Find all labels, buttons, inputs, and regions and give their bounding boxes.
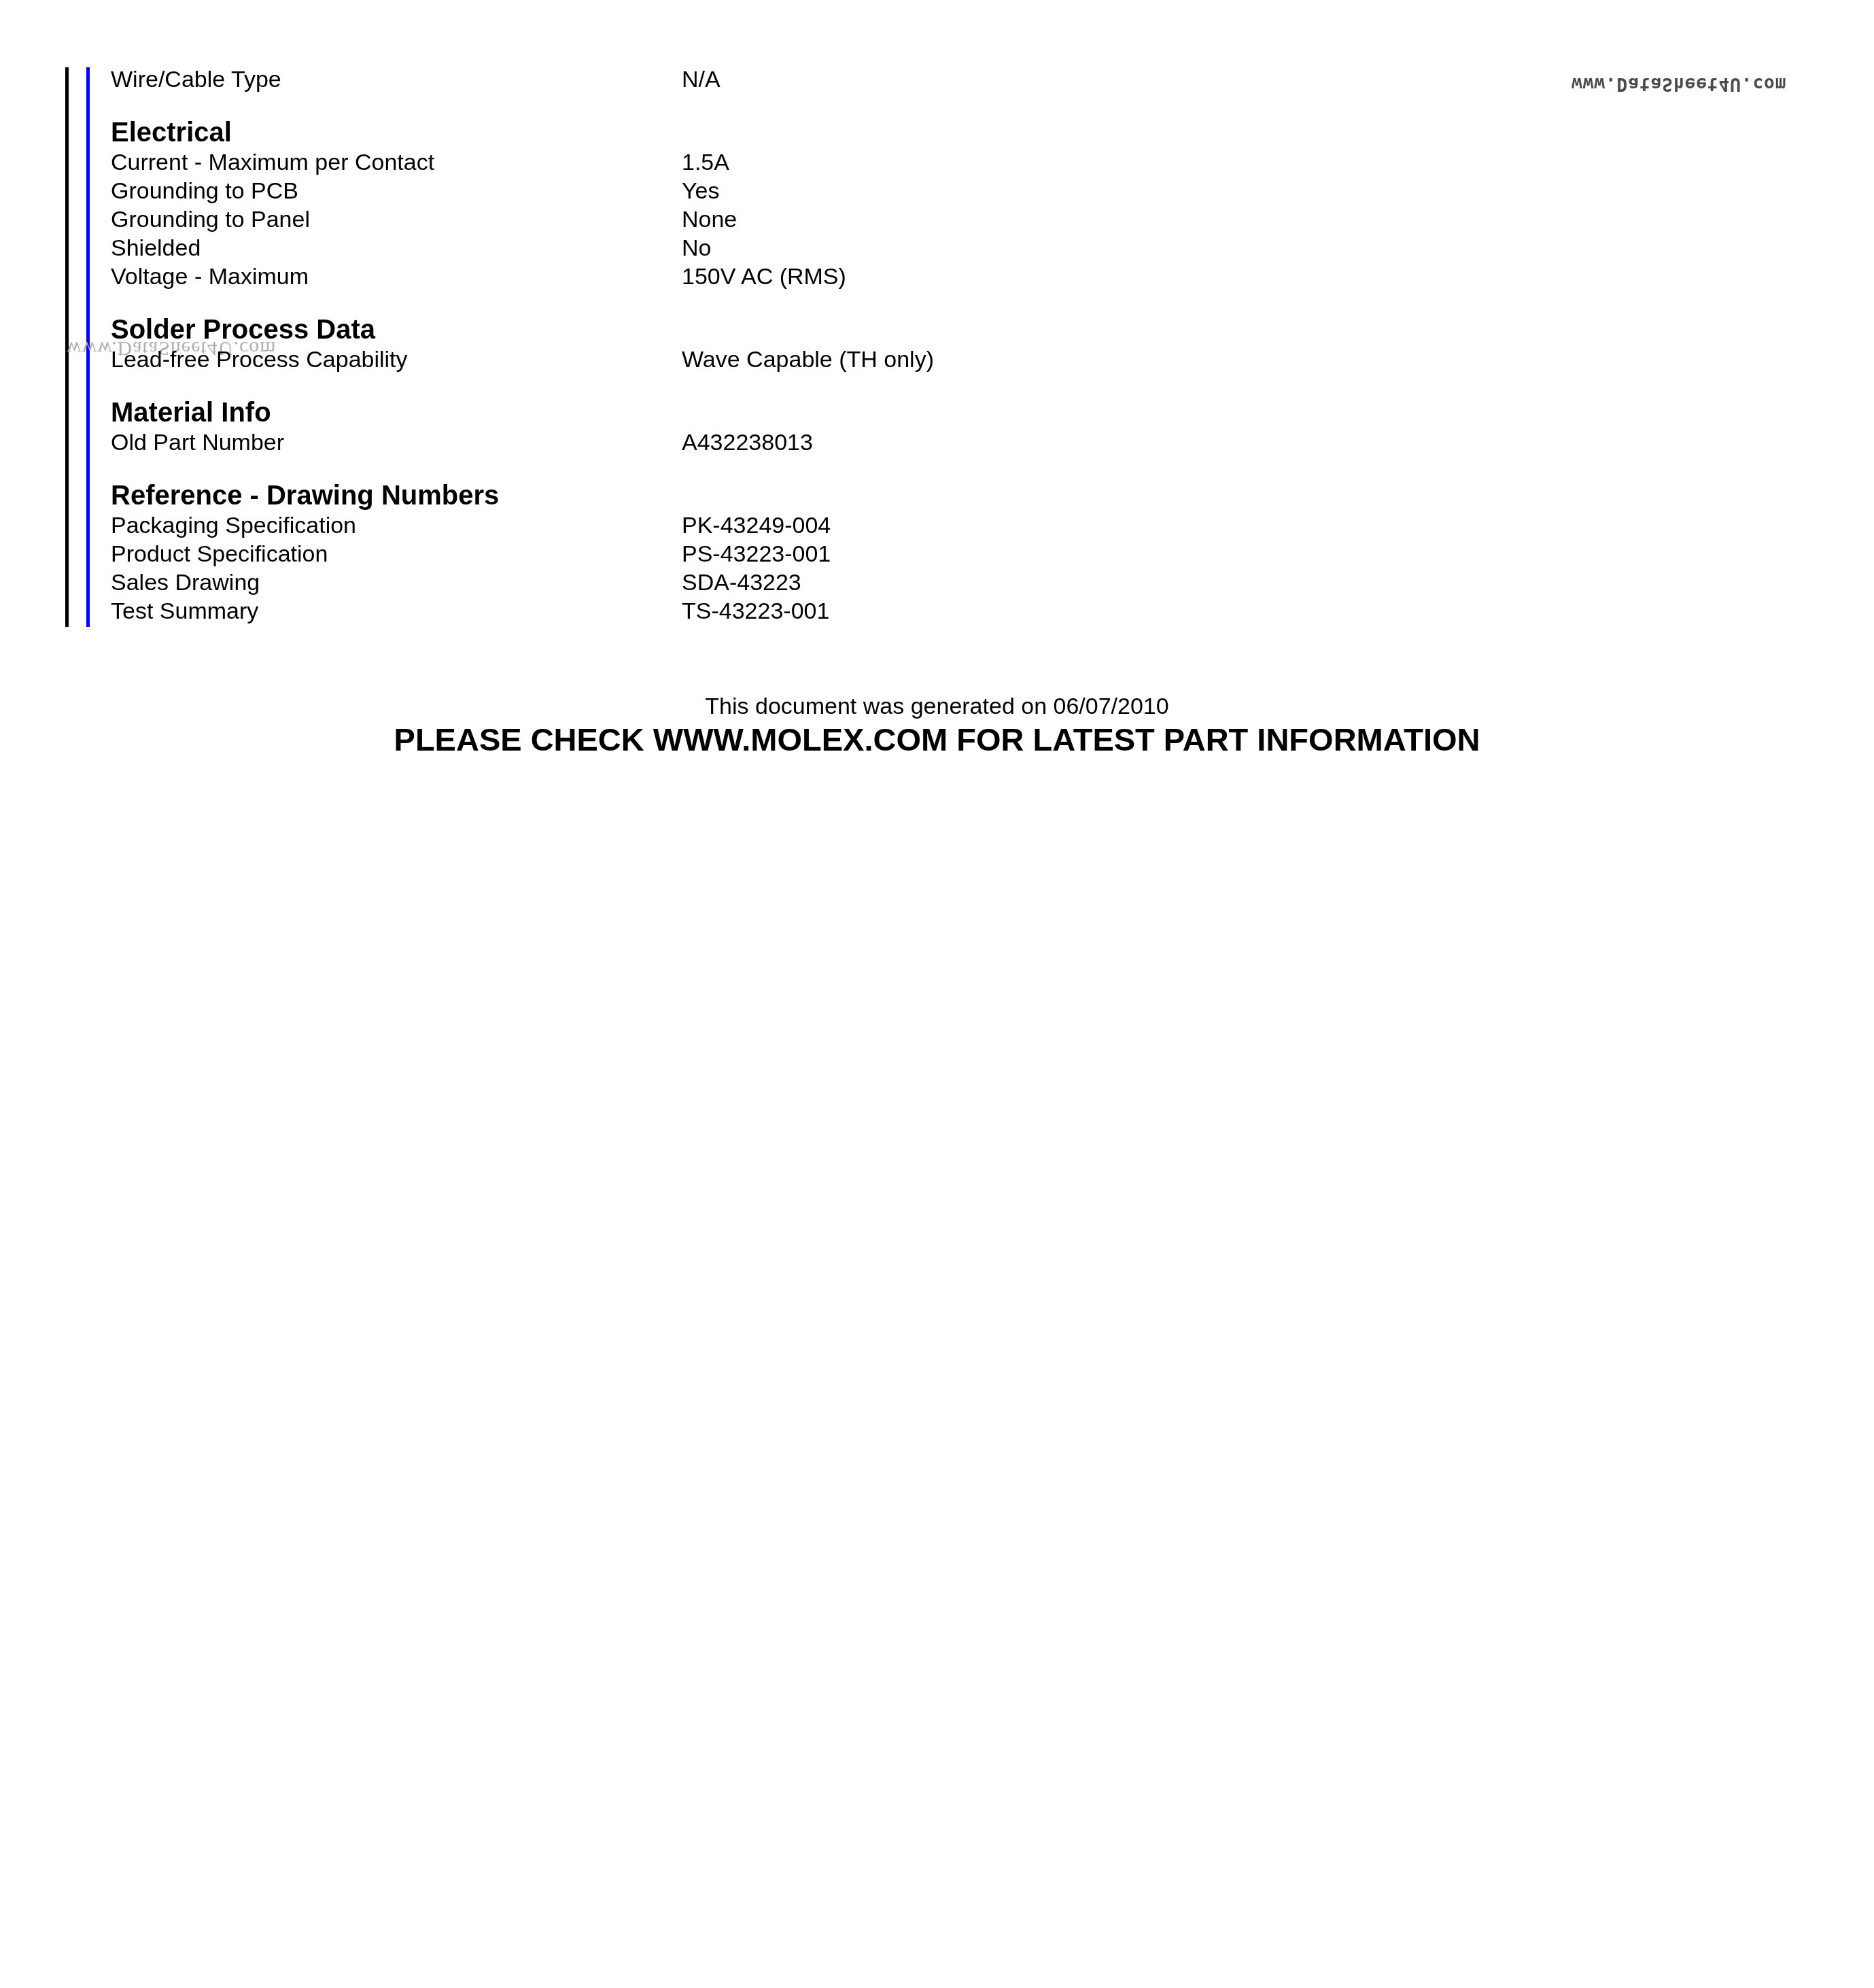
- section-electrical: Electrical Current - Maximum per Contact…: [111, 117, 1130, 291]
- spec-row: Wire/Cable Type N/A: [111, 65, 1130, 94]
- spec-label: Packaging Specification: [111, 511, 682, 540]
- spec-value: Wave Capable (TH only): [682, 345, 934, 374]
- spec-label: Test Summary: [111, 597, 682, 625]
- spec-row: Grounding to PCB Yes: [111, 177, 1130, 205]
- spec-sheet: Wire/Cable Type N/A Electrical Current -…: [111, 65, 1130, 625]
- spec-row: Grounding to Panel None: [111, 205, 1130, 234]
- generated-date-text: This document was generated on 06/07/201…: [0, 692, 1874, 721]
- section-solder-process: Solder Process Data Lead-free Process Ca…: [111, 314, 1130, 374]
- spec-value: None: [682, 205, 737, 234]
- spec-label: Sales Drawing: [111, 568, 682, 597]
- spec-label: Wire/Cable Type: [111, 65, 682, 94]
- spec-label: Lead-free Process Capability: [111, 345, 682, 374]
- spec-row: Test Summary TS-43223-001: [111, 597, 1130, 625]
- spec-value: Yes: [682, 177, 719, 205]
- spec-value: A432238013: [682, 428, 813, 457]
- spec-row: Current - Maximum per Contact 1.5A: [111, 148, 1130, 177]
- spec-value: PS-43223-001: [682, 540, 831, 568]
- section-heading: Material Info: [111, 397, 1130, 428]
- latest-info-notice: PLEASE CHECK WWW.MOLEX.COM FOR LATEST PA…: [0, 721, 1874, 759]
- spec-value: No: [682, 234, 711, 262]
- spec-row: Shielded No: [111, 234, 1130, 262]
- section-reference-drawings: Reference - Drawing Numbers Packaging Sp…: [111, 480, 1130, 625]
- spec-value: 1.5A: [682, 148, 729, 177]
- section-heading: Reference - Drawing Numbers: [111, 480, 1130, 511]
- section-heading: Electrical: [111, 117, 1130, 148]
- spec-label: Grounding to Panel: [111, 205, 682, 234]
- section-material-info: Material Info Old Part Number A432238013: [111, 397, 1130, 457]
- spec-value: 150V AC (RMS): [682, 262, 846, 291]
- spec-label: Product Specification: [111, 540, 682, 568]
- spec-label: Old Part Number: [111, 428, 682, 457]
- spec-value: TS-43223-001: [682, 597, 829, 625]
- section-wire-cable: Wire/Cable Type N/A: [111, 65, 1130, 94]
- spec-row: Product Specification PS-43223-001: [111, 540, 1130, 568]
- section-heading: Solder Process Data: [111, 314, 1130, 345]
- spec-label: Current - Maximum per Contact: [111, 148, 682, 177]
- spec-row: Lead-free Process Capability Wave Capabl…: [111, 345, 1130, 374]
- spec-label: Shielded: [111, 234, 682, 262]
- watermark-top-right: www.DataSheet4U.com: [1572, 73, 1786, 94]
- spec-row: Packaging Specification PK-43249-004: [111, 511, 1130, 540]
- spec-value: PK-43249-004: [682, 511, 831, 540]
- spec-row: Voltage - Maximum 150V AC (RMS): [111, 262, 1130, 291]
- spec-value: SDA-43223: [682, 568, 801, 597]
- spec-value: N/A: [682, 65, 721, 94]
- spec-row: Old Part Number A432238013: [111, 428, 1130, 457]
- spec-row: Sales Drawing SDA-43223: [111, 568, 1130, 597]
- spec-label: Voltage - Maximum: [111, 262, 682, 291]
- spec-label: Grounding to PCB: [111, 177, 682, 205]
